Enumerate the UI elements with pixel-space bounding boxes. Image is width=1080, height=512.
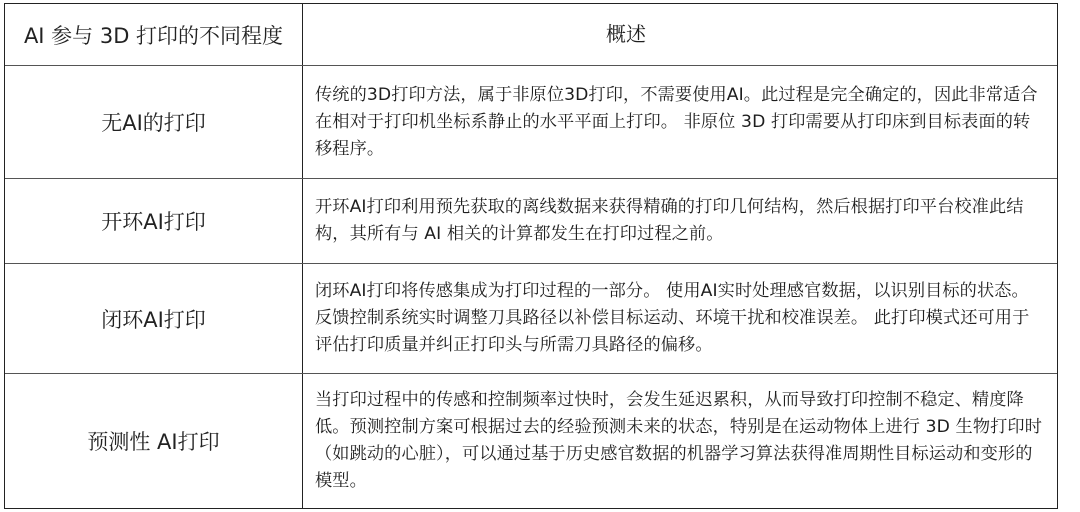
- table-row: 开环AI打印 开环AI打印利用预先获取的离线数据来获得精确的打印几何结构，然后根…: [5, 178, 1057, 263]
- row-overview-text: 传统的3D打印方法，属于非原位3D打印，不需要使用AI。此过程是完全确定的，因此…: [303, 66, 1057, 178]
- row-level-label: 无AI的打印: [5, 66, 303, 178]
- table-row: 闭环AI打印 闭环AI打印将传感集成为打印过程的一部分。 使用AI实时处理感官数…: [5, 263, 1057, 373]
- row-overview-text: 闭环AI打印将传感集成为打印过程的一部分。 使用AI实时处理感官数据，以识别目标…: [303, 264, 1057, 373]
- row-overview-text: 开环AI打印利用预先获取的离线数据来获得精确的打印几何结构，然后根据打印平台校准…: [303, 179, 1057, 263]
- row-overview-text: 当打印过程中的传感和控制频率过快时，会发生延迟累积，从而导致打印控制不稳定、精度…: [303, 374, 1057, 508]
- ai-3d-printing-table: AI 参与 3D 打印的不同程度 概述 无AI的打印 传统的3D打印方法，属于非…: [4, 3, 1058, 509]
- table-row: 预测性 AI打印 当打印过程中的传感和控制频率过快时，会发生延迟累积，从而导致打…: [5, 373, 1057, 508]
- row-level-label: 开环AI打印: [5, 179, 303, 263]
- row-level-label: 闭环AI打印: [5, 264, 303, 373]
- header-ai-involvement-level: AI 参与 3D 打印的不同程度: [5, 4, 303, 65]
- table-header-row: AI 参与 3D 打印的不同程度 概述: [5, 4, 1057, 65]
- row-level-label: 预测性 AI打印: [5, 374, 303, 508]
- header-overview: 概述: [303, 4, 1057, 65]
- table-row: 无AI的打印 传统的3D打印方法，属于非原位3D打印，不需要使用AI。此过程是完…: [5, 65, 1057, 178]
